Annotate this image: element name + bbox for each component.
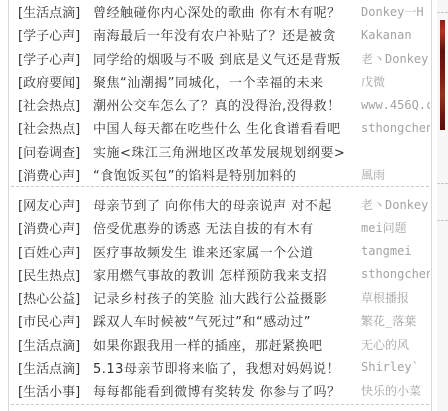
adjacent-panel-dashed-line xyxy=(437,12,448,13)
post-title-link[interactable]: 同学给的烟吸与不吸 到底是义气还是背叛 xyxy=(93,49,361,68)
list-item: [生活小事] 每每都能看到微博有奖转发 你参与了吗？ 快乐的小菜 xyxy=(9,379,431,402)
post-title-link[interactable]: 医疗事故频发生 谁来还家属一个公道 xyxy=(93,242,361,261)
list-item: [生活点滴] 曾经触碰你内心深处的歌曲 你有木有呢？ Donkey一H xyxy=(9,0,431,23)
post-title-link[interactable]: 潮州公交车怎么了？真的没得治,没得救！ xyxy=(93,95,361,114)
list-item: [社会热点] 潮州公交车怎么了？真的没得治,没得救！ www.456Q.co xyxy=(9,93,431,116)
post-title-link[interactable]: 聚焦“汕潮揭”同城化，一个幸福的未来 xyxy=(93,72,361,91)
post-title-link[interactable]: 如果你跟我用一样的插座，那赶紧换吧 xyxy=(93,335,361,354)
author-link[interactable]: Kakanan xyxy=(361,28,430,42)
post-title-link[interactable]: 倍受优惠券的诱惑 无法自拔的有木有 xyxy=(93,218,361,237)
post-list-section-2: [网友心声] 母亲节到了 向你伟大的母亲说声 对不起 老丶Donkey [消费心… xyxy=(9,193,431,402)
list-item: [生活点滴] 如果你跟我用一样的插座，那赶紧换吧 无心的风 xyxy=(9,333,431,356)
post-title-link[interactable]: 南海最后一年没有农户补贴了？还是被贪 xyxy=(93,25,361,44)
post-title-link[interactable]: 踩双人车时候被“气死过”和“感动过” xyxy=(93,311,361,330)
list-item: [消费心声] 倍受优惠券的诱惑 无法自拔的有木有 mei问题 xyxy=(9,216,431,239)
category-tag[interactable]: [消费心声] xyxy=(18,165,93,184)
list-item: [政府要闻] 聚焦“汕潮揭”同城化，一个幸福的未来 戊微 xyxy=(9,70,431,93)
list-item: [生活点滴] 5.13母亲节即将来临了，我想对妈妈说！ Shirley` xyxy=(9,356,431,379)
author-link[interactable]: 草根播报 xyxy=(361,289,430,306)
author-link[interactable]: 戊微 xyxy=(361,73,430,90)
list-item: [网友心声] 母亲节到了 向你伟大的母亲说声 对不起 老丶Donkey xyxy=(9,193,431,216)
category-tag[interactable]: [社会热点] xyxy=(18,95,93,114)
category-tag[interactable]: [生活小事] xyxy=(18,381,93,400)
author-link[interactable]: 快乐的小菜 xyxy=(361,382,430,399)
post-title-link[interactable]: 家用燃气事故的教训 怎样预防我来支招 xyxy=(93,265,361,284)
category-tag[interactable]: [生活点滴] xyxy=(18,335,93,354)
author-link[interactable]: mei问题 xyxy=(361,219,430,236)
list-item: [市民心声] 踩双人车时候被“气死过”和“感动过” 繁花_落葉 xyxy=(9,309,431,332)
list-item: [百姓心声] 医疗事故频发生 谁来还家属一个公道 tangmei xyxy=(9,240,431,263)
post-title-link[interactable]: 曾经触碰你内心深处的歌曲 你有木有呢？ xyxy=(93,2,361,21)
post-title-link[interactable]: 记录乡村孩子的笑脸 汕大践行公益摄影 xyxy=(93,288,361,307)
post-title-link[interactable]: 5.13母亲节即将来临了，我想对妈妈说！ xyxy=(93,358,361,377)
category-tag[interactable]: [学子心声] xyxy=(18,49,93,68)
category-tag[interactable]: [市民心声] xyxy=(18,311,93,330)
list-item: [社会热点] 中国人每天都在吃些什么 生化食谱看看吧 sthongchen xyxy=(9,116,431,139)
author-link[interactable]: Donkey一H xyxy=(361,3,430,20)
list-item: [学子心声] 同学给的烟吸与不吸 到底是义气还是背叛 老丶Donkey xyxy=(9,47,431,70)
list-item: [学子心声] 南海最后一年没有农户补贴了？还是被贪 Kakanan xyxy=(9,23,431,46)
post-title-link[interactable]: 中国人每天都在吃些什么 生化食谱看看吧 xyxy=(93,118,361,137)
post-title-link[interactable]: 母亲节到了 向你伟大的母亲说声 对不起 xyxy=(93,195,361,214)
category-tag[interactable]: [消费心声] xyxy=(18,218,93,237)
category-tag[interactable]: [社会热点] xyxy=(18,118,93,137)
post-list-panel: [生活点滴] 曾经触碰你内心深处的歌曲 你有木有呢？ Donkey一H [学子心… xyxy=(8,0,432,411)
category-tag[interactable]: [问卷调查] xyxy=(18,142,93,161)
author-link[interactable]: sthongchen xyxy=(361,267,430,281)
author-link[interactable]: tangmei xyxy=(361,244,430,258)
post-title-link[interactable]: “食饱饭买包”的馅料是特别加料的 xyxy=(93,165,361,184)
category-tag[interactable]: [学子心声] xyxy=(18,25,93,44)
adjacent-panel-dashed-line xyxy=(437,183,448,184)
category-tag[interactable]: [生活点滴] xyxy=(18,2,93,21)
category-tag[interactable]: [网友心声] xyxy=(18,195,93,214)
adjacent-thumbnail-fragment xyxy=(440,20,445,130)
category-tag[interactable]: [生活点滴] xyxy=(18,358,93,377)
section-divider xyxy=(11,186,429,187)
author-link[interactable]: sthongchen xyxy=(361,121,430,135)
section-divider xyxy=(11,404,429,405)
post-title-link[interactable]: 实施<珠江三角洲地区改革发展规划纲要> xyxy=(93,142,361,161)
category-tag[interactable]: [热心公益] xyxy=(18,288,93,307)
post-list-section-1: [生活点滴] 曾经触碰你内心深处的歌曲 你有木有呢？ Donkey一H [学子心… xyxy=(9,0,431,186)
list-item: [热心公益] 记录乡村孩子的笑脸 汕大践行公益摄影 草根播报 xyxy=(9,286,431,309)
author-link[interactable]: 老丶Donkey xyxy=(361,50,430,67)
category-tag[interactable]: [百姓心声] xyxy=(18,242,93,261)
adjacent-panel-dashed-line xyxy=(437,220,448,221)
author-link[interactable]: 風雨 xyxy=(361,166,430,183)
post-title-link[interactable]: 每每都能看到微博有奖转发 你参与了吗？ xyxy=(93,381,361,400)
author-link[interactable]: 繁花_落葉 xyxy=(361,312,430,329)
author-link[interactable]: 老丶Donkey xyxy=(361,196,430,213)
list-item: [民生热点] 家用燃气事故的教训 怎样预防我来支招 sthongchen xyxy=(9,263,431,286)
category-tag[interactable]: [民生热点] xyxy=(18,265,93,284)
category-tag[interactable]: [政府要闻] xyxy=(18,72,93,91)
author-link[interactable]: 无心的风 xyxy=(361,336,430,353)
author-link[interactable]: Shirley` xyxy=(361,360,430,374)
list-item: [消费心声] “食饱饭买包”的馅料是特别加料的 風雨 xyxy=(9,163,431,186)
list-item: [问卷调查] 实施<珠江三角洲地区改革发展规划纲要> xyxy=(9,140,431,163)
author-link[interactable]: www.456Q.co xyxy=(361,98,430,112)
